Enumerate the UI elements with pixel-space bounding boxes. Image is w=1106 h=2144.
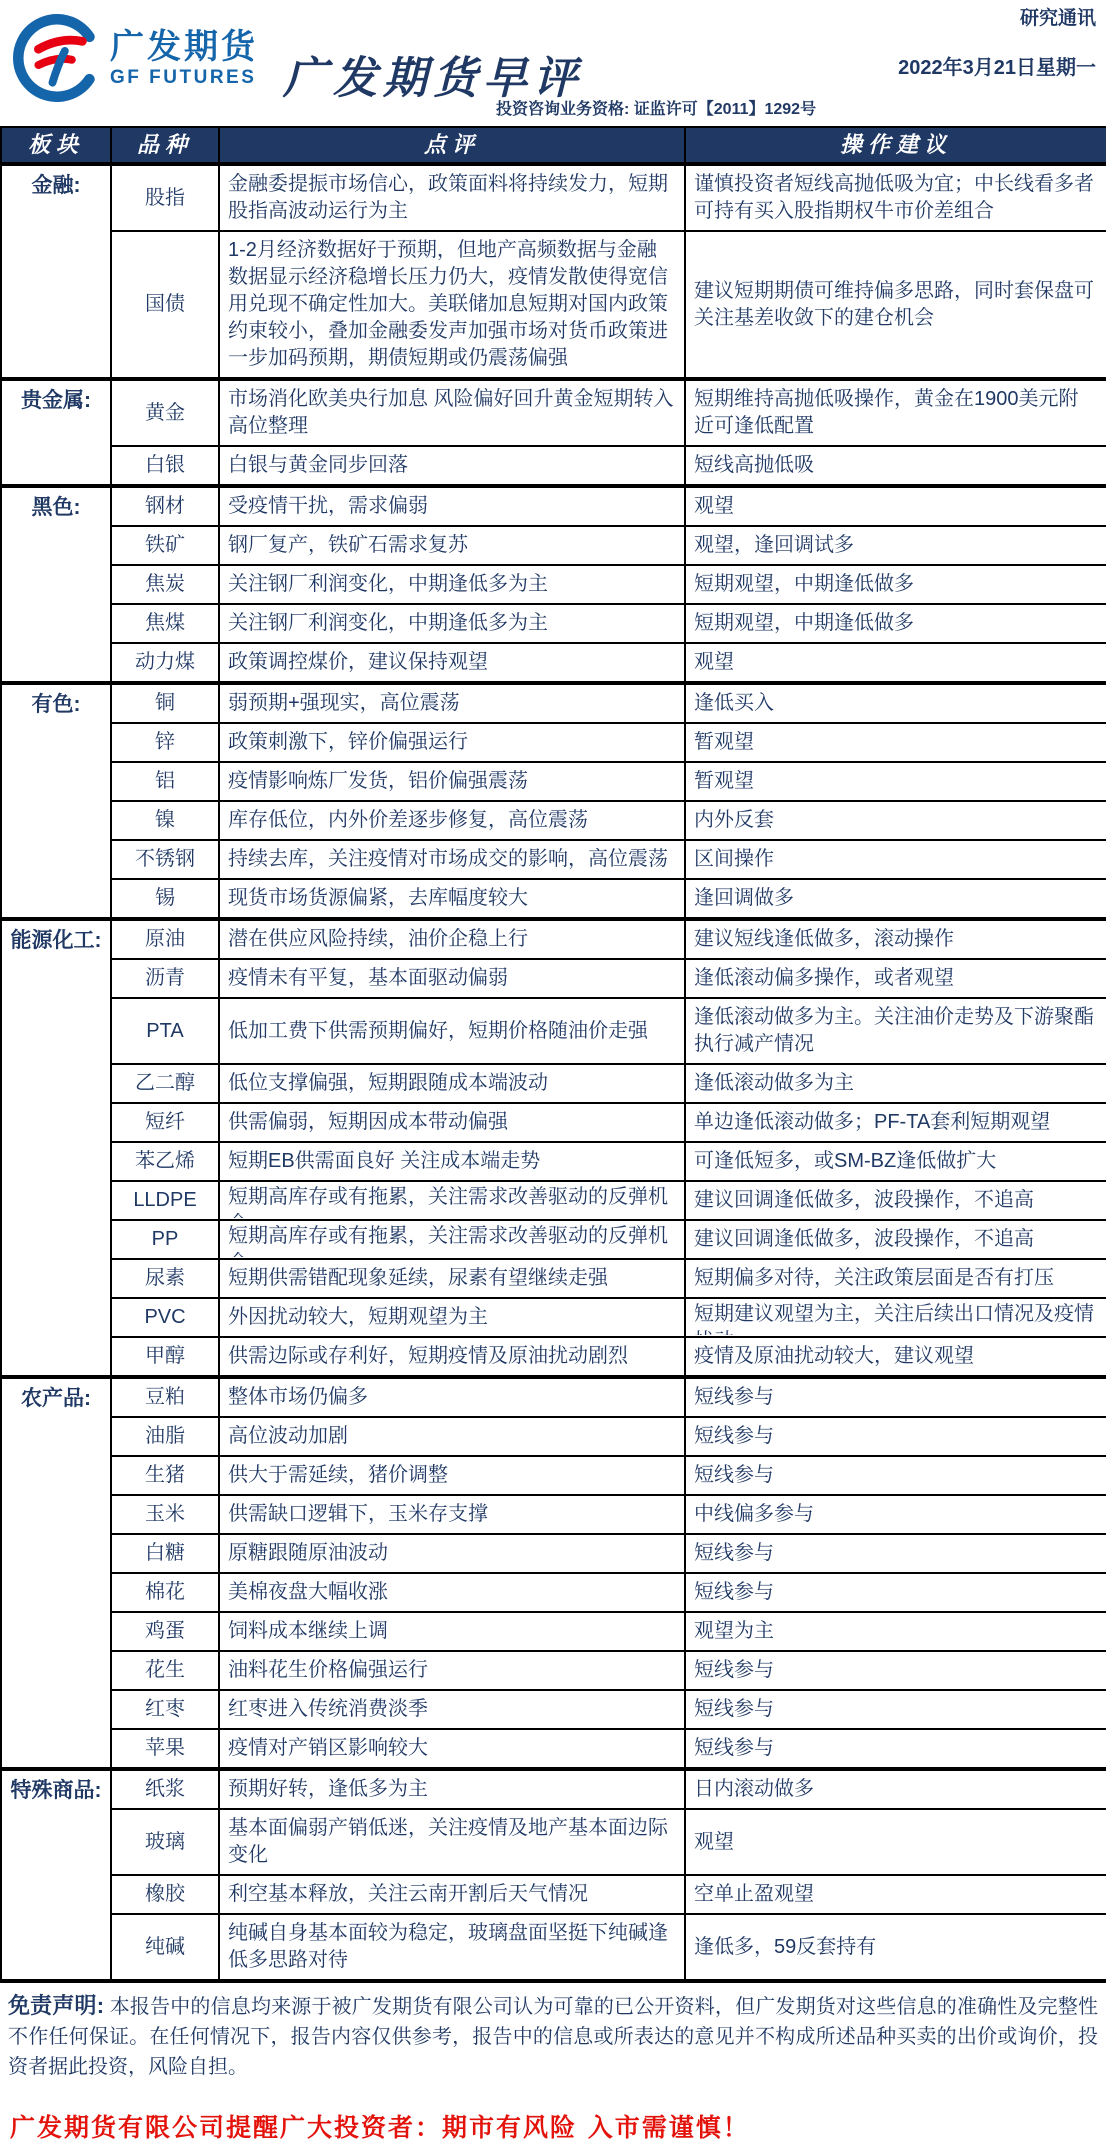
table-row: 红枣红枣进入传统消费淡季短线参与 xyxy=(1,1690,1106,1729)
suggestion-cell: 建议短期期债可维持偏多思路，同时套保盘可关注基差收敛下的建仓机会 xyxy=(685,231,1106,379)
commodity-cell-text: 锡 xyxy=(116,885,214,912)
suggestion-cell: 短线参与 xyxy=(685,1573,1106,1612)
suggestion-cell: 可逢低短多，或SM-BZ逢低做扩大 xyxy=(685,1142,1106,1181)
comment-cell: 短期供需错配现象延续，尿素有望继续走强 xyxy=(219,1259,685,1298)
comment-cell: 受疫情干扰，需求偏弱 xyxy=(219,486,685,526)
header-meta: 研究通讯 2022年3月21日星期一 xyxy=(898,8,1096,80)
suggestion-cell: 观望 xyxy=(685,1809,1106,1875)
suggestion-cell-text: 暂观望 xyxy=(694,768,1098,795)
comment-cell-text: 基本面偏弱产销低迷，关注疫情及地产基本面边际变化 xyxy=(228,1815,676,1869)
commodity-cell-text: 不锈钢 xyxy=(116,846,214,873)
comment-cell-text: 受疫情干扰，需求偏弱 xyxy=(228,493,676,520)
comment-cell-text: 整体市场仍偏多 xyxy=(228,1384,676,1411)
commodity-cell-text: 甲醇 xyxy=(116,1343,214,1370)
commodity-cell-text: 动力煤 xyxy=(116,649,214,676)
suggestion-cell: 暂观望 xyxy=(685,762,1106,801)
sector-label: 黑色: xyxy=(1,486,111,683)
comment-cell: 1-2月经济数据好于预期，但地产高频数据与金融数据显示经济稳增长压力仍大，疫情发… xyxy=(219,231,685,379)
table-row: PVC外因扰动较大，短期观望为主短期建议观望为主，关注后续出口情况及疫情扰动 xyxy=(1,1298,1106,1337)
suggestion-cell: 观望 xyxy=(685,643,1106,683)
suggestion-cell: 暂观望 xyxy=(685,723,1106,762)
suggestion-cell: 逢低滚动偏多操作，或者观望 xyxy=(685,959,1106,998)
suggestion-cell: 逢低滚动做多为主。关注油价走势及下游聚酯执行减产情况 xyxy=(685,998,1106,1064)
table-row: PTA低加工费下供需预期偏好，短期价格随油价走强逢低滚动做多为主。关注油价走势及… xyxy=(1,998,1106,1064)
comment-cell-text: 短期高库存或有拖累，关注需求改善驱动的反弹机会 xyxy=(228,1184,676,1218)
commodity-cell-text: 乙二醇 xyxy=(116,1070,214,1097)
commodity-cell: 纸浆 xyxy=(111,1769,219,1809)
commodity-cell: LLDPE xyxy=(111,1181,219,1220)
commodity-cell: 原油 xyxy=(111,919,219,959)
comment-cell: 纯碱自身基本面较为稳定，玻璃盘面坚挺下纯碱逢低多思路对待 xyxy=(219,1914,685,1981)
comment-cell-text: 低加工费下供需预期偏好，短期价格随油价走强 xyxy=(228,1018,676,1045)
table-row: 苹果疫情对产销区影响较大短线参与 xyxy=(1,1729,1106,1769)
table-row: 焦炭关注钢厂利润变化，中期逢低多为主短期观望，中期逢低做多 xyxy=(1,565,1106,604)
commodity-cell-text: 苯乙烯 xyxy=(116,1148,214,1175)
comment-cell-text: 政策刺激下，锌价偏强运行 xyxy=(228,729,676,756)
sector-label: 能源化工: xyxy=(1,919,111,1377)
comment-cell-text: 疫情未有平复，基本面驱动偏弱 xyxy=(228,965,676,992)
suggestion-cell: 空单止盈观望 xyxy=(685,1875,1106,1914)
suggestion-cell-text: 逢低滚动偏多操作，或者观望 xyxy=(694,965,1098,992)
table-row: 金融:股指金融委提振市场信心，政策面料将持续发力，短期股指高波动运行为主谨慎投资… xyxy=(1,164,1106,231)
commodity-cell-text: 红枣 xyxy=(116,1696,214,1723)
suggestion-cell: 日内滚动做多 xyxy=(685,1769,1106,1809)
commodity-cell: 钢材 xyxy=(111,486,219,526)
qualification-text: 投资咨询业务资格: 证监许可【2011】1292号 xyxy=(496,96,1096,119)
table-row: 沥青疫情未有平复，基本面驱动偏弱逢低滚动偏多操作，或者观望 xyxy=(1,959,1106,998)
table-row: 橡胶利空基本释放，关注云南开割后天气情况空单止盈观望 xyxy=(1,1875,1106,1914)
suggestion-cell-text: 逢低多，59反套持有 xyxy=(694,1934,1098,1961)
suggestion-cell-text: 短线参与 xyxy=(694,1735,1098,1762)
commodity-cell-text: LLDPE xyxy=(116,1187,214,1214)
table-row: 国债1-2月经济数据好于预期，但地产高频数据与金融数据显示经济稳增长压力仍大，疫… xyxy=(1,231,1106,379)
table-head: 板块 品种 点评 操作建议 xyxy=(1,127,1106,164)
suggestion-cell-text: 短线参与 xyxy=(694,1579,1098,1606)
suggestion-cell: 短期建议观望为主，关注后续出口情况及疫情扰动 xyxy=(685,1298,1106,1337)
table-row: 贵金属:黄金市场消化欧美央行加息 风险偏好回升黄金短期转入高位整理短期维持高抛低… xyxy=(1,379,1106,446)
commodity-cell-text: 橡胶 xyxy=(116,1881,214,1908)
suggestion-cell-text: 短线参与 xyxy=(694,1384,1098,1411)
commodity-cell: 乙二醇 xyxy=(111,1064,219,1103)
report-date: 2022年3月21日星期一 xyxy=(898,56,1096,80)
suggestion-cell-text: 观望，逢回调试多 xyxy=(694,532,1098,559)
commodity-cell-text: 铜 xyxy=(116,690,214,717)
comment-cell-text: 白银与黄金同步回落 xyxy=(228,452,676,479)
commodity-cell: 短纤 xyxy=(111,1103,219,1142)
table-row: 玻璃基本面偏弱产销低迷，关注疫情及地产基本面边际变化观望 xyxy=(1,1809,1106,1875)
suggestion-cell-text: 逢低买入 xyxy=(694,690,1098,717)
suggestion-cell: 观望，逢回调试多 xyxy=(685,526,1106,565)
disclaimer: 免责声明: 本报告中的信息均来源于被广发期货有限公司认为可靠的已公开资料，但广发… xyxy=(0,1983,1106,2082)
comment-cell-text: 饲料成本继续上调 xyxy=(228,1618,676,1645)
commodity-cell-text: 国债 xyxy=(116,291,214,318)
commodity-cell-text: 尿素 xyxy=(116,1265,214,1292)
column-header-commodity: 品种 xyxy=(111,127,219,164)
table-row: 不锈钢持续去库，关注疫情对市场成交的影响，高位震荡区间操作 xyxy=(1,840,1106,879)
table-row: 短纤供需偏弱，短期因成本带动偏强单边逢低滚动做多；PF-TA套利短期观望 xyxy=(1,1103,1106,1142)
table-row: 能源化工:原油潜在供应风险持续，油价企稳上行建议短线逢低做多，滚动操作 xyxy=(1,919,1106,959)
comment-cell: 饲料成本继续上调 xyxy=(219,1612,685,1651)
suggestion-cell-text: 建议回调逢低做多，波段操作，不追高 xyxy=(694,1226,1098,1253)
table-row: 动力煤政策调控煤价，建议保持观望观望 xyxy=(1,643,1106,683)
suggestion-cell: 观望为主 xyxy=(685,1612,1106,1651)
commodity-cell-text: 黄金 xyxy=(116,400,214,427)
commodity-cell: PP xyxy=(111,1220,219,1259)
comment-cell: 预期好转，逢低多为主 xyxy=(219,1769,685,1809)
comment-cell: 高位波动加剧 xyxy=(219,1417,685,1456)
table-row: 特殊商品:纸浆预期好转，逢低多为主日内滚动做多 xyxy=(1,1769,1106,1809)
suggestion-cell-text: 短期建议观望为主，关注后续出口情况及疫情扰动 xyxy=(694,1301,1098,1335)
commodity-cell: 红枣 xyxy=(111,1690,219,1729)
suggestion-cell-text: 短期观望，中期逢低做多 xyxy=(694,610,1098,637)
commodity-cell-text: 棉花 xyxy=(116,1579,214,1606)
suggestion-cell-text: 谨慎投资者短线高抛低吸为宜；中长线看多者可持有买入股指期权牛市价差组合 xyxy=(694,171,1098,225)
comment-cell-text: 低位支撑偏强，短期跟随成本端波动 xyxy=(228,1070,676,1097)
comment-cell-text: 库存低位，内外价差逐步修复，高位震荡 xyxy=(228,807,676,834)
commodity-cell: 橡胶 xyxy=(111,1875,219,1914)
comment-cell: 供需缺口逻辑下，玉米存支撑 xyxy=(219,1495,685,1534)
comment-cell-text: 外因扰动较大，短期观望为主 xyxy=(228,1304,676,1331)
suggestion-cell: 短线参与 xyxy=(685,1690,1106,1729)
table-row: 有色:铜弱预期+强现实，高位震荡逢低买入 xyxy=(1,683,1106,723)
comment-cell-text: 油料花生价格偏强运行 xyxy=(228,1657,676,1684)
commodity-cell-text: 豆粕 xyxy=(116,1384,214,1411)
commodity-cell: 动力煤 xyxy=(111,643,219,683)
commodity-cell: 沥青 xyxy=(111,959,219,998)
comment-cell: 红枣进入传统消费淡季 xyxy=(219,1690,685,1729)
comment-cell-text: 持续去库，关注疫情对市场成交的影响，高位震荡 xyxy=(228,846,676,873)
suggestion-cell-text: 暂观望 xyxy=(694,729,1098,756)
comment-cell-text: 钢厂复产，铁矿石需求复苏 xyxy=(228,532,676,559)
comment-cell-text: 高位波动加剧 xyxy=(228,1423,676,1450)
sector-label: 有色: xyxy=(1,683,111,919)
commodity-cell-text: 玻璃 xyxy=(116,1829,214,1856)
suggestion-cell-text: 短线参与 xyxy=(694,1423,1098,1450)
commodity-cell-text: 铁矿 xyxy=(116,532,214,559)
suggestion-cell: 短线参与 xyxy=(685,1651,1106,1690)
comment-cell: 供需边际或存利好，短期疫情及原油扰动剧烈 xyxy=(219,1337,685,1377)
commodity-cell-text: 股指 xyxy=(116,185,214,212)
commodity-cell: 不锈钢 xyxy=(111,840,219,879)
suggestion-cell: 观望 xyxy=(685,486,1106,526)
commodity-cell-text: 短纤 xyxy=(116,1109,214,1136)
suggestion-cell-text: 内外反套 xyxy=(694,807,1098,834)
commodity-cell-text: 鸡蛋 xyxy=(116,1618,214,1645)
comment-cell: 低位支撑偏强，短期跟随成本端波动 xyxy=(219,1064,685,1103)
column-header-comment: 点评 xyxy=(219,127,685,164)
comment-cell: 钢厂复产，铁矿石需求复苏 xyxy=(219,526,685,565)
table-row: 棉花美棉夜盘大幅收涨短线参与 xyxy=(1,1573,1106,1612)
commodity-cell-text: 焦炭 xyxy=(116,571,214,598)
table-body: 金融:股指金融委提振市场信心，政策面料将持续发力，短期股指高波动运行为主谨慎投资… xyxy=(1,164,1106,1981)
commodity-cell-text: PVC xyxy=(116,1304,214,1331)
disclaimer-text: 本报告中的信息均来源于被广发期货有限公司认为可靠的已公开资料，但广发期货对这些信… xyxy=(8,1996,1098,2078)
commodity-cell: 甲醇 xyxy=(111,1337,219,1377)
commodity-cell: 生猪 xyxy=(111,1456,219,1495)
comment-cell: 关注钢厂利润变化，中期逢低多为主 xyxy=(219,604,685,643)
comment-cell-text: 政策调控煤价，建议保持观望 xyxy=(228,649,676,676)
commodity-cell: 白糖 xyxy=(111,1534,219,1573)
commodity-cell-text: 玉米 xyxy=(116,1501,214,1528)
comment-cell: 低加工费下供需预期偏好，短期价格随油价走强 xyxy=(219,998,685,1064)
suggestion-cell-text: 观望为主 xyxy=(694,1618,1098,1645)
suggestion-cell-text: 建议回调逢低做多，波段操作，不追高 xyxy=(694,1187,1098,1214)
suggestion-cell: 短期观望，中期逢低做多 xyxy=(685,565,1106,604)
suggestion-cell: 逢回调做多 xyxy=(685,879,1106,919)
table-row: 镍库存低位，内外价差逐步修复，高位震荡内外反套 xyxy=(1,801,1106,840)
comment-cell: 潜在供应风险持续，油价企稳上行 xyxy=(219,919,685,959)
commodity-cell: 苹果 xyxy=(111,1729,219,1769)
table-row: 玉米供需缺口逻辑下，玉米存支撑中线偏多参与 xyxy=(1,1495,1106,1534)
suggestion-cell-text: 短线参与 xyxy=(694,1657,1098,1684)
sector-label: 特殊商品: xyxy=(1,1769,111,1981)
commodity-cell-text: 白银 xyxy=(116,452,214,479)
table-row: 纯碱纯碱自身基本面较为稳定，玻璃盘面坚挺下纯碱逢低多思路对待逢低多，59反套持有 xyxy=(1,1914,1106,1981)
report-header: 广发期货 GF FUTURES 广发期货早评 研究通讯 2022年3月21日星期… xyxy=(0,0,1106,126)
table-row: LLDPE短期高库存或有拖累，关注需求改善驱动的反弹机会建议回调逢低做多，波段操… xyxy=(1,1181,1106,1220)
sector-label: 农产品: xyxy=(1,1377,111,1769)
suggestion-cell-text: 逢回调做多 xyxy=(694,885,1098,912)
comment-cell: 持续去库，关注疫情对市场成交的影响，高位震荡 xyxy=(219,840,685,879)
comment-cell: 关注钢厂利润变化，中期逢低多为主 xyxy=(219,565,685,604)
comment-cell: 外因扰动较大，短期观望为主 xyxy=(219,1298,685,1337)
suggestion-cell: 短期偏多对待，关注政策层面是否有打压 xyxy=(685,1259,1106,1298)
comment-cell-text: 供需偏弱，短期因成本带动偏强 xyxy=(228,1109,676,1136)
sector-label: 贵金属: xyxy=(1,379,111,486)
comment-cell-text: 原糖跟随原油波动 xyxy=(228,1540,676,1567)
comment-cell-text: 潜在供应风险持续，油价企稳上行 xyxy=(228,926,676,953)
suggestion-cell-text: 短期偏多对待，关注政策层面是否有打压 xyxy=(694,1265,1098,1292)
suggestion-cell-text: 疫情及原油扰动较大，建议观望 xyxy=(694,1343,1098,1370)
comment-cell: 短期高库存或有拖累，关注需求改善驱动的反弹机会 xyxy=(219,1220,685,1259)
suggestion-cell-text: 日内滚动做多 xyxy=(694,1776,1098,1803)
table-row: 黑色:钢材受疫情干扰，需求偏弱观望 xyxy=(1,486,1106,526)
suggestion-cell: 逢低滚动做多为主 xyxy=(685,1064,1106,1103)
commodity-cell: 焦煤 xyxy=(111,604,219,643)
suggestion-cell-text: 建议短线逢低做多，滚动操作 xyxy=(694,926,1098,953)
suggestion-cell: 疫情及原油扰动较大，建议观望 xyxy=(685,1337,1106,1377)
suggestion-cell-text: 逢低滚动做多为主。关注油价走势及下游聚酯执行减产情况 xyxy=(694,1004,1098,1058)
column-header-sector: 板块 xyxy=(1,127,111,164)
table-row: 焦煤关注钢厂利润变化，中期逢低多为主短期观望，中期逢低做多 xyxy=(1,604,1106,643)
commodity-cell: 铜 xyxy=(111,683,219,723)
suggestion-cell-text: 逢低滚动做多为主 xyxy=(694,1070,1098,1097)
comment-cell: 整体市场仍偏多 xyxy=(219,1377,685,1417)
comment-cell: 短期高库存或有拖累，关注需求改善驱动的反弹机会 xyxy=(219,1181,685,1220)
suggestion-cell-text: 短线高抛低吸 xyxy=(694,452,1098,479)
suggestion-cell: 建议短线逢低做多，滚动操作 xyxy=(685,919,1106,959)
commodity-cell-text: 生猪 xyxy=(116,1462,214,1489)
suggestion-cell-text: 建议短期期债可维持偏多思路，同时套保盘可关注基差收敛下的建仓机会 xyxy=(694,278,1098,332)
comment-cell: 金融委提振市场信心，政策面料将持续发力，短期股指高波动运行为主 xyxy=(219,164,685,231)
commodity-cell-text: 镍 xyxy=(116,807,214,834)
report-page: 广发期货 GF FUTURES 广发期货早评 研究通讯 2022年3月21日星期… xyxy=(0,0,1106,2144)
suggestion-cell: 逢低买入 xyxy=(685,683,1106,723)
comment-cell-text: 供大于需延续，猪价调整 xyxy=(228,1462,676,1489)
comment-cell-text: 利空基本释放，关注云南开割后天气情况 xyxy=(228,1881,676,1908)
comment-cell: 现货市场货源偏紧，去库幅度较大 xyxy=(219,879,685,919)
comment-cell-text: 短期高库存或有拖累，关注需求改善驱动的反弹机会 xyxy=(228,1223,676,1257)
commodity-cell: 镍 xyxy=(111,801,219,840)
comment-cell: 疫情未有平复，基本面驱动偏弱 xyxy=(219,959,685,998)
suggestion-cell-text: 短线参与 xyxy=(694,1540,1098,1567)
comment-cell-text: 短期EB供需面良好 关注成本端走势 xyxy=(228,1148,676,1175)
comment-cell: 利空基本释放，关注云南开割后天气情况 xyxy=(219,1875,685,1914)
commodity-cell: 花生 xyxy=(111,1651,219,1690)
comment-cell: 政策调控煤价，建议保持观望 xyxy=(219,643,685,683)
comment-cell: 库存低位，内外价差逐步修复，高位震荡 xyxy=(219,801,685,840)
table-row: 鸡蛋饲料成本继续上调观望为主 xyxy=(1,1612,1106,1651)
risk-warning: 广发期货有限公司提醒广大投资者：期市有风险 入市需谨慎！ xyxy=(0,2082,1106,2144)
suggestion-cell: 短期观望，中期逢低做多 xyxy=(685,604,1106,643)
suggestion-cell: 短线参与 xyxy=(685,1417,1106,1456)
table-row: 白银白银与黄金同步回落短线高抛低吸 xyxy=(1,446,1106,486)
comment-cell-text: 金融委提振市场信心，政策面料将持续发力，短期股指高波动运行为主 xyxy=(228,171,676,225)
commodity-cell: 鸡蛋 xyxy=(111,1612,219,1651)
commodity-cell: 铁矿 xyxy=(111,526,219,565)
comment-cell: 政策刺激下，锌价偏强运行 xyxy=(219,723,685,762)
commodity-cell-text: 沥青 xyxy=(116,965,214,992)
comment-cell-text: 供需缺口逻辑下，玉米存支撑 xyxy=(228,1501,676,1528)
commodity-cell-text: 铝 xyxy=(116,768,214,795)
table-row: 铁矿钢厂复产，铁矿石需求复苏观望，逢回调试多 xyxy=(1,526,1106,565)
suggestion-cell: 短线参与 xyxy=(685,1377,1106,1417)
commodity-cell-text: 锌 xyxy=(116,729,214,756)
comment-cell-text: 市场消化欧美央行加息 风险偏好回升黄金短期转入高位整理 xyxy=(228,386,676,440)
commodity-cell: 尿素 xyxy=(111,1259,219,1298)
morning-review-table: 板块 品种 点评 操作建议 金融:股指金融委提振市场信心，政策面料将持续发力，短… xyxy=(0,126,1106,1983)
table-row: 生猪供大于需延续，猪价调整短线参与 xyxy=(1,1456,1106,1495)
commodity-cell: 国债 xyxy=(111,231,219,379)
comment-cell-text: 纯碱自身基本面较为稳定，玻璃盘面坚挺下纯碱逢低多思路对待 xyxy=(228,1920,676,1974)
doc-type-label: 研究通讯 xyxy=(898,8,1096,30)
commodity-cell-text: 钢材 xyxy=(116,493,214,520)
suggestion-cell-text: 中线偏多参与 xyxy=(694,1501,1098,1528)
commodity-cell: 棉花 xyxy=(111,1573,219,1612)
column-header-suggestion: 操作建议 xyxy=(685,127,1106,164)
suggestion-cell: 短线高抛低吸 xyxy=(685,446,1106,486)
commodity-cell-text: 焦煤 xyxy=(116,610,214,637)
commodity-cell: 油脂 xyxy=(111,1417,219,1456)
suggestion-cell-text: 短线参与 xyxy=(694,1462,1098,1489)
comment-cell-text: 供需边际或存利好，短期疫情及原油扰动剧烈 xyxy=(228,1343,676,1370)
comment-cell-text: 疫情影响炼厂发货，铝价偏强震荡 xyxy=(228,768,676,795)
comment-cell-text: 预期好转，逢低多为主 xyxy=(228,1776,676,1803)
commodity-cell: PTA xyxy=(111,998,219,1064)
disclaimer-label: 免责声明: xyxy=(8,1993,104,2018)
commodity-cell-text: PP xyxy=(116,1226,214,1253)
commodity-cell-text: 原油 xyxy=(116,926,214,953)
suggestion-cell: 短线参与 xyxy=(685,1534,1106,1573)
commodity-cell: 股指 xyxy=(111,164,219,231)
commodity-cell-text: 白糖 xyxy=(116,1540,214,1567)
suggestion-cell: 建议回调逢低做多，波段操作，不追高 xyxy=(685,1220,1106,1259)
suggestion-cell-text: 空单止盈观望 xyxy=(694,1881,1098,1908)
table-row: 苯乙烯短期EB供需面良好 关注成本端走势可逢低短多，或SM-BZ逢低做扩大 xyxy=(1,1142,1106,1181)
commodity-cell: 纯碱 xyxy=(111,1914,219,1981)
suggestion-cell-text: 观望 xyxy=(694,1829,1098,1856)
comment-cell-text: 红枣进入传统消费淡季 xyxy=(228,1696,676,1723)
commodity-cell: 白银 xyxy=(111,446,219,486)
table-row: 锌政策刺激下，锌价偏强运行暂观望 xyxy=(1,723,1106,762)
commodity-cell: 苯乙烯 xyxy=(111,1142,219,1181)
commodity-cell: 焦炭 xyxy=(111,565,219,604)
comment-cell: 市场消化欧美央行加息 风险偏好回升黄金短期转入高位整理 xyxy=(219,379,685,446)
commodity-cell: 豆粕 xyxy=(111,1377,219,1417)
commodity-cell-text: 纸浆 xyxy=(116,1776,214,1803)
table-row: 甲醇供需边际或存利好，短期疫情及原油扰动剧烈疫情及原油扰动较大，建议观望 xyxy=(1,1337,1106,1377)
comment-cell: 短期EB供需面良好 关注成本端走势 xyxy=(219,1142,685,1181)
commodity-cell-text: 花生 xyxy=(116,1657,214,1684)
suggestion-cell-text: 可逢低短多，或SM-BZ逢低做扩大 xyxy=(694,1148,1098,1175)
commodity-cell: 玉米 xyxy=(111,1495,219,1534)
commodity-cell-text: 苹果 xyxy=(116,1735,214,1762)
suggestion-cell: 内外反套 xyxy=(685,801,1106,840)
header-row: 板块 品种 点评 操作建议 xyxy=(1,127,1106,164)
suggestion-cell-text: 观望 xyxy=(694,493,1098,520)
suggestion-cell-text: 短期观望，中期逢低做多 xyxy=(694,571,1098,598)
commodity-cell: 黄金 xyxy=(111,379,219,446)
suggestion-cell-text: 短线参与 xyxy=(694,1696,1098,1723)
comment-cell: 供大于需延续，猪价调整 xyxy=(219,1456,685,1495)
comment-cell-text: 1-2月经济数据好于预期，但地产高频数据与金融数据显示经济稳增长压力仍大，疫情发… xyxy=(228,237,676,372)
comment-cell-text: 关注钢厂利润变化，中期逢低多为主 xyxy=(228,610,676,637)
comment-cell: 油料花生价格偏强运行 xyxy=(219,1651,685,1690)
commodity-cell: 锌 xyxy=(111,723,219,762)
commodity-cell: PVC xyxy=(111,1298,219,1337)
table-row: 农产品:豆粕整体市场仍偏多短线参与 xyxy=(1,1377,1106,1417)
suggestion-cell: 建议回调逢低做多，波段操作，不追高 xyxy=(685,1181,1106,1220)
comment-cell: 疫情对产销区影响较大 xyxy=(219,1729,685,1769)
commodity-cell: 锡 xyxy=(111,879,219,919)
comment-cell: 弱预期+强现实，高位震荡 xyxy=(219,683,685,723)
suggestion-cell-text: 区间操作 xyxy=(694,846,1098,873)
comment-cell: 基本面偏弱产销低迷，关注疫情及地产基本面边际变化 xyxy=(219,1809,685,1875)
suggestion-cell: 逢低多，59反套持有 xyxy=(685,1914,1106,1981)
suggestion-cell: 谨慎投资者短线高抛低吸为宜；中长线看多者可持有买入股指期权牛市价差组合 xyxy=(685,164,1106,231)
comment-cell: 原糖跟随原油波动 xyxy=(219,1534,685,1573)
table-row: 乙二醇低位支撑偏强，短期跟随成本端波动逢低滚动做多为主 xyxy=(1,1064,1106,1103)
table-row: 油脂高位波动加剧短线参与 xyxy=(1,1417,1106,1456)
table-row: 尿素短期供需错配现象延续，尿素有望继续走强短期偏多对待，关注政策层面是否有打压 xyxy=(1,1259,1106,1298)
comment-cell: 白银与黄金同步回落 xyxy=(219,446,685,486)
comment-cell-text: 现货市场货源偏紧，去库幅度较大 xyxy=(228,885,676,912)
suggestion-cell: 短线参与 xyxy=(685,1729,1106,1769)
commodity-cell-text: 油脂 xyxy=(116,1423,214,1450)
suggestion-cell: 区间操作 xyxy=(685,840,1106,879)
suggestion-cell: 短线参与 xyxy=(685,1456,1106,1495)
suggestion-cell: 中线偏多参与 xyxy=(685,1495,1106,1534)
comment-cell-text: 短期供需错配现象延续，尿素有望继续走强 xyxy=(228,1265,676,1292)
comment-cell-text: 疫情对产销区影响较大 xyxy=(228,1735,676,1762)
table-row: 铝疫情影响炼厂发货，铝价偏强震荡暂观望 xyxy=(1,762,1106,801)
table-row: PP短期高库存或有拖累，关注需求改善驱动的反弹机会建议回调逢低做多，波段操作，不… xyxy=(1,1220,1106,1259)
table-row: 花生油料花生价格偏强运行短线参与 xyxy=(1,1651,1106,1690)
suggestion-cell-text: 观望 xyxy=(694,649,1098,676)
commodity-cell-text: 纯碱 xyxy=(116,1934,214,1961)
comment-cell-text: 弱预期+强现实，高位震荡 xyxy=(228,690,676,717)
suggestion-cell-text: 单边逢低滚动做多；PF-TA套利短期观望 xyxy=(694,1109,1098,1136)
comment-cell-text: 关注钢厂利润变化，中期逢低多为主 xyxy=(228,571,676,598)
comment-cell: 美棉夜盘大幅收涨 xyxy=(219,1573,685,1612)
table-row: 白糖原糖跟随原油波动短线参与 xyxy=(1,1534,1106,1573)
table-row: 锡现货市场货源偏紧，去库幅度较大逢回调做多 xyxy=(1,879,1106,919)
commodity-cell: 玻璃 xyxy=(111,1809,219,1875)
suggestion-cell-text: 短期维持高抛低吸操作，黄金在1900美元附近可逢低配置 xyxy=(694,386,1098,440)
suggestion-cell: 单边逢低滚动做多；PF-TA套利短期观望 xyxy=(685,1103,1106,1142)
comment-cell: 疫情影响炼厂发货，铝价偏强震荡 xyxy=(219,762,685,801)
commodity-cell-text: PTA xyxy=(116,1018,214,1045)
